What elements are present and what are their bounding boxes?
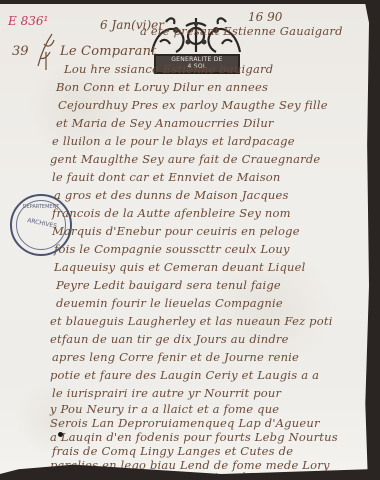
text-line: Cejourdhuy Pres ex parloy Maugthe Sey fi…	[58, 98, 328, 112]
text-line: et blaueguis Laugherley et las nueaun Fe…	[50, 314, 333, 328]
text-line: le fauit dont car et Ennviet de Maison	[52, 170, 281, 184]
archive-reference: E 836¹	[8, 14, 48, 28]
text-line: potie et faure des Laugin Ceriy et Laugi…	[50, 368, 319, 382]
manuscript-page: E 836¹ 39 6 Jan(vi)er 16 90 GENERALITE D…	[0, 4, 369, 474]
text-line: et Maria de Sey Anamoucrries Dilur	[56, 116, 274, 130]
text-line: Peyre Ledit bauigard sera tenul faige	[56, 278, 281, 292]
notary-paraph-icon	[34, 30, 56, 70]
text-line: a Louis Liuy quey Lose bauigard en jfrtr…	[50, 470, 315, 480]
header-date-year: 16 90	[248, 10, 282, 24]
text-line: apres leng Corre fenir et de Journe reni…	[52, 350, 299, 364]
text-line: Laqueuisy quis et Cemeran deuant Liquel	[54, 260, 306, 274]
text-line: gent Mauglthe Sey aure fait de Crauegnar…	[50, 152, 320, 166]
text-line: a gros et des dunns de Maison Jacques	[54, 188, 289, 202]
text-line: y Pou Neury ir a a llaict et a fome que	[50, 402, 279, 416]
text-line: frais de Comq Lingy Langes et Cutes de	[52, 444, 293, 458]
text-line: deuemin fourir le lieuelas Compagnie	[56, 296, 283, 310]
folio-number: 39	[12, 44, 29, 59]
text-line: e lluilon a le pour le blays et lardpaca…	[52, 134, 295, 148]
text-line: Lou hre ssiance Estienne bauigard	[64, 62, 273, 76]
text-line: a ete presant Estienne Gauaigard	[140, 24, 343, 38]
text-line: etfaun de uan tir ge dix Jours au dindre	[50, 332, 289, 346]
text-line: Bon Conn et Loruy Dilur en annees	[56, 80, 268, 94]
text-line: Marquis d'Enebur pour ceuiris en peloge	[52, 224, 300, 238]
ink-blot	[58, 432, 63, 437]
text-line: fois le Compagnie sousscttr ceulx Louy	[54, 242, 290, 256]
text-line: Serois Lan Deproruiamenqueq Lap d'Agueur	[50, 416, 320, 430]
text-line: francois de la Autte afenbleire Sey nom	[52, 206, 291, 220]
text-line: a Lauqin d'en fodenis pour fourts Lebg N…	[50, 430, 338, 444]
text-line: Le Comparant	[60, 44, 157, 59]
text-line: le iurisprairi ire autre yr Nourrit pour	[52, 386, 281, 400]
